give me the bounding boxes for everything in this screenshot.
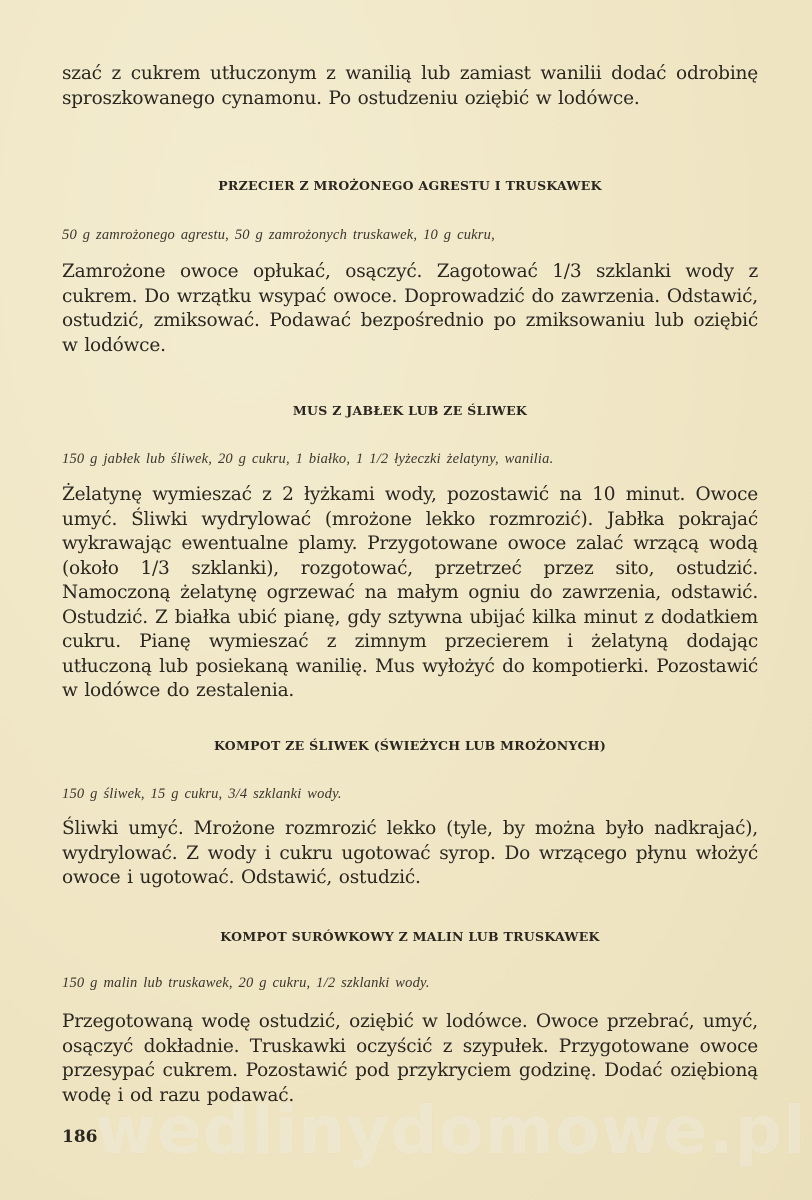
- intro-paragraph: szać z cukrem utłuczonym z wanilią lub z…: [62, 62, 758, 111]
- recipe-title: PRZECIER Z MROŻONEGO AGRESTU I TRUSKAWEK: [62, 178, 758, 193]
- recipe-ingredients: 150 g malin lub truskawek, 20 g cukru, 1…: [62, 975, 758, 992]
- recipe-ingredients: 50 g zamrożonego agrestu, 50 g zamrożony…: [62, 227, 758, 244]
- page-number: 186: [62, 1127, 98, 1147]
- recipe-ingredients: 150 g jabłek lub śliwek, 20 g cukru, 1 b…: [62, 451, 758, 468]
- recipe-instructions: Zamrożone owoce opłukać, osączyć. Zagoto…: [62, 260, 758, 358]
- recipe-title: KOMPOT SURÓWKOWY Z MALIN LUB TRUSKAWEK: [62, 929, 758, 944]
- recipe-instructions: Śliwki umyć. Mrożone rozmrozić lekko (ty…: [62, 817, 758, 891]
- recipe-title: MUS Z JABŁEK LUB ZE ŚLIWEK: [62, 403, 758, 418]
- recipe-instructions: Przegotowaną wodę ostudzić, oziębić w lo…: [62, 1010, 758, 1108]
- recipe-ingredients: 150 g śliwek, 15 g cukru, 3/4 szklanki w…: [62, 786, 758, 803]
- recipe-instructions: Żelatynę wymieszać z 2 łyżkami wody, poz…: [62, 483, 758, 704]
- recipe-title: KOMPOT ZE ŚLIWEK (ŚWIEŻYCH LUB MROŻONYCH…: [62, 738, 758, 753]
